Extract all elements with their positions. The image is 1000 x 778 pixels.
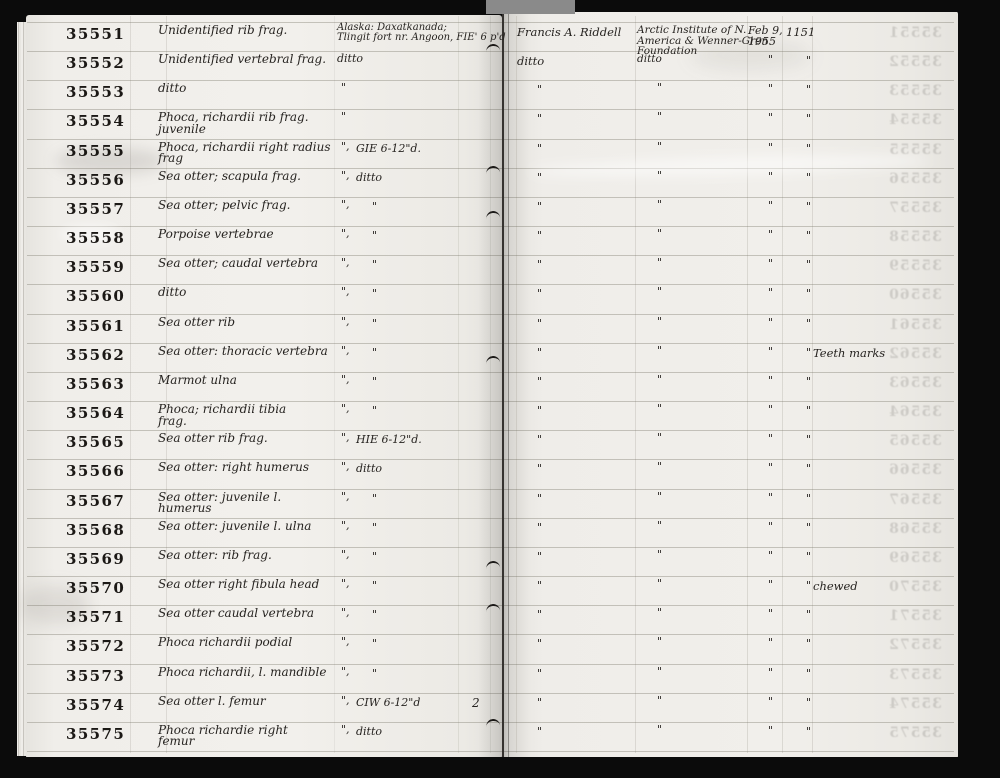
specimen-description: Sea otter caudal vertebra <box>158 608 314 620</box>
locality-detail: " <box>372 229 377 242</box>
catalog-number: 35566 <box>66 462 125 480</box>
bleed-through-number: 35559 <box>884 258 946 274</box>
ledger-row: 35555 Phoca, richardii right radius frag… <box>0 139 1000 169</box>
accession-number: " <box>806 258 811 271</box>
institution-name: " <box>657 142 662 153</box>
institution-name: " <box>657 200 662 211</box>
accession-number: " <box>806 579 811 592</box>
accession-number: " <box>806 375 811 388</box>
date-entry: " <box>768 229 773 240</box>
specimen-description: Phoca richardii podial <box>158 637 292 649</box>
date-entry: " <box>768 608 773 619</box>
specimen-description: Sea otter rib <box>158 317 235 329</box>
bleed-through-number: 35566 <box>884 462 946 478</box>
collector-name: " <box>537 462 542 475</box>
specimen-description: ditto <box>158 287 186 299</box>
locality-entry: ", <box>341 142 350 153</box>
date-entry: " <box>768 346 773 357</box>
bleed-through-number: 35569 <box>884 550 946 566</box>
bleed-through-number: 35562 <box>884 346 946 362</box>
bleed-through-number: 35568 <box>884 521 946 537</box>
locality-detail: GIE 6-12"d. <box>356 142 421 155</box>
date-entry: " <box>768 317 773 328</box>
catalog-number: 35552 <box>66 54 125 72</box>
collector-name: " <box>537 637 542 650</box>
catalog-number: 35565 <box>66 433 125 451</box>
catalog-number: 35561 <box>66 317 125 335</box>
institution-name: " <box>657 462 662 473</box>
catalog-number: 35554 <box>66 112 125 130</box>
collector-name: " <box>537 696 542 709</box>
locality-entry: ", <box>341 696 350 707</box>
specimen-description: Sea otter; scapula frag. <box>158 171 301 183</box>
collector-name: " <box>537 287 542 300</box>
ledger-row: 35564 Phoca; richardii tibia frag. ", " … <box>0 401 1000 431</box>
collector-name: ditto <box>517 54 544 68</box>
collector-name: " <box>537 346 542 359</box>
locality-entry: " <box>341 112 346 123</box>
date-entry: " <box>768 579 773 590</box>
catalog-number: 35564 <box>66 404 125 422</box>
accession-number: " <box>806 696 811 709</box>
catalog-number: 35567 <box>66 492 125 510</box>
specimen-description: Phoca; richardii tibia frag. <box>158 404 286 427</box>
accession-number: " <box>806 667 811 680</box>
locality-entry: ditto <box>337 54 363 65</box>
ledger-row: 35557 Sea otter; pelvic frag. ", " " " "… <box>0 197 1000 227</box>
accession-number: " <box>806 317 811 330</box>
specimen-description: Phoca richardie right femur <box>158 725 288 748</box>
collector-name: " <box>537 112 542 125</box>
bleed-through-number: 35554 <box>884 112 946 128</box>
locality-detail: " <box>372 608 377 621</box>
ledger-row: 35554 Phoca, richardii rib frag. juvenil… <box>0 109 1000 139</box>
locality-detail: ditto <box>356 462 382 475</box>
locality-entry: ", <box>341 287 350 298</box>
collector-name: " <box>537 258 542 271</box>
locality-detail: " <box>372 521 377 534</box>
institution-name: ditto <box>637 54 662 65</box>
ledger-row: 35570 Sea otter right fibula head ", " "… <box>0 576 1000 606</box>
locality-entry: ", <box>341 579 350 590</box>
bleed-through-number: 35551 <box>884 25 946 41</box>
accession-number: " <box>806 287 811 300</box>
bleed-through-number: 35564 <box>884 404 946 420</box>
catalog-number: 35557 <box>66 200 125 218</box>
locality-entry: ", <box>341 725 350 736</box>
ledger-row: 35574 Sea otter l. femur ", CIW 6-12"d 2… <box>0 693 1000 723</box>
institution-name: " <box>657 229 662 240</box>
institution-name: " <box>657 375 662 386</box>
accession-number: " <box>806 54 811 67</box>
catalog-number: 35568 <box>66 521 125 539</box>
date-entry: " <box>768 433 773 444</box>
institution-name: " <box>657 317 662 328</box>
specimen-description: Sea otter rib frag. <box>158 433 268 445</box>
accession-number: " <box>806 637 811 650</box>
institution-name: " <box>657 579 662 590</box>
specimen-description: Porpoise vertebrae <box>158 229 274 241</box>
institution-name: " <box>657 608 662 619</box>
ledger-row: 35560 ditto ", " " " " " 35560 <box>0 284 1000 314</box>
scanned-ledger-photo: 35551 Unidentified rib frag. Alaska: Dax… <box>0 0 1000 778</box>
accession-number: " <box>806 492 811 505</box>
date-entry: " <box>768 404 773 415</box>
specimen-description: Sea otter: juvenile l. humerus <box>158 492 281 515</box>
locality-entry: ", <box>341 433 350 444</box>
notes-entry: chewed <box>813 579 858 593</box>
locality-entry: ", <box>341 608 350 619</box>
catalog-number: 35574 <box>66 696 125 714</box>
date-entry: " <box>768 171 773 182</box>
locality-entry: ", <box>341 317 350 328</box>
institution-name: " <box>657 171 662 182</box>
date-entry: " <box>768 142 773 153</box>
specimen-description: Sea otter; pelvic frag. <box>158 200 290 212</box>
catalog-number: 35553 <box>66 83 125 101</box>
accession-number: " <box>806 142 811 155</box>
specimen-description: Unidentified rib frag. <box>158 25 287 37</box>
date-entry: " <box>768 83 773 94</box>
collector-name: " <box>537 317 542 330</box>
collector-name: " <box>537 433 542 446</box>
catalog-number: 35555 <box>66 142 125 160</box>
catalog-number: 35575 <box>66 725 125 743</box>
locality-detail: " <box>372 492 377 505</box>
collector-name: " <box>537 142 542 155</box>
specimen-description: Sea otter: thoracic vertebra <box>158 346 328 358</box>
locality-entry: ", <box>341 550 350 561</box>
date-entry: " <box>768 375 773 386</box>
institution-name: " <box>657 637 662 648</box>
locality-entry: ", <box>341 637 350 648</box>
bleed-through-number: 35575 <box>884 725 946 741</box>
specimen-description: Marmot ulna <box>158 375 237 387</box>
ledger-row: 35563 Marmot ulna ", " " " " " 35563 <box>0 372 1000 402</box>
locality-entry: " <box>341 83 346 94</box>
locality-detail: ditto <box>356 725 382 738</box>
notes-entry: Teeth marks <box>813 346 885 360</box>
date-entry: " <box>768 200 773 211</box>
date-entry: " <box>768 696 773 707</box>
specimen-description: Sea otter: rib frag. <box>158 550 272 562</box>
specimen-description: Phoca, richardii right radius frag <box>158 142 331 165</box>
accession-number: " <box>806 346 811 359</box>
catalog-number: 35558 <box>66 229 125 247</box>
specimen-description: Sea otter right fibula head <box>158 579 319 591</box>
collector-name: " <box>537 521 542 534</box>
institution-name: " <box>657 346 662 357</box>
institution-name: " <box>657 725 662 736</box>
locality-detail: " <box>372 317 377 330</box>
locality-detail: HIE 6-12"d. <box>356 433 422 446</box>
specimen-description: Sea otter: juvenile l. ulna <box>158 521 311 533</box>
photo-border-left <box>0 0 17 778</box>
locality-entry: ", <box>341 346 350 357</box>
catalog-number: 35563 <box>66 375 125 393</box>
ledger-row: 35566 Sea otter: right humerus ", ditto … <box>0 459 1000 489</box>
date-entry: " <box>768 492 773 503</box>
catalog-number: 35569 <box>66 550 125 568</box>
collector-name: " <box>537 725 542 738</box>
locality-detail: " <box>372 550 377 563</box>
accession-number: " <box>806 200 811 213</box>
locality-detail: " <box>372 667 377 680</box>
locality-detail: " <box>372 200 377 213</box>
catalog-number: 35551 <box>66 25 125 43</box>
bleed-through-number: 35567 <box>884 492 946 508</box>
bleed-through-number: 35558 <box>884 229 946 245</box>
institution-name: " <box>657 521 662 532</box>
locality-entry: ", <box>341 258 350 269</box>
locality-entry: ", <box>341 171 350 182</box>
ledger-row: 35567 Sea otter: juvenile l. humerus ", … <box>0 489 1000 519</box>
date-entry: " <box>768 550 773 561</box>
locality-detail: " <box>372 579 377 592</box>
bleed-through-number: 35556 <box>884 171 946 187</box>
locality-detail: " <box>372 404 377 417</box>
specimen-description: Phoca richardii, l. mandible <box>158 667 327 679</box>
locality-detail: " <box>372 346 377 359</box>
bleed-through-number: 35563 <box>884 375 946 391</box>
institution-name: " <box>657 667 662 678</box>
specimen-description: Sea otter: right humerus <box>158 462 309 474</box>
locality-detail: " <box>372 287 377 300</box>
catalog-number: 35573 <box>66 667 125 685</box>
bleed-through-number: 35570 <box>884 579 946 595</box>
catalog-number: 35560 <box>66 287 125 305</box>
ledger-row: 35572 Phoca richardii podial ", " " " " … <box>0 634 1000 664</box>
bleed-through-number: 35571 <box>884 608 946 624</box>
bleed-through-number: 35560 <box>884 287 946 303</box>
ledger-row: 35565 Sea otter rib frag. ", HIE 6-12"d.… <box>0 430 1000 460</box>
collector-name: " <box>537 550 542 563</box>
collector-name: " <box>537 171 542 184</box>
collector-name: " <box>537 229 542 242</box>
locality-detail: ditto <box>356 171 382 184</box>
institution-name: " <box>657 404 662 415</box>
accession-number: " <box>806 171 811 184</box>
date-entry: " <box>768 462 773 473</box>
ledger-row: 35562 Sea otter: thoracic vertebra ", " … <box>0 343 1000 373</box>
collector-name: Francis A. Riddell <box>517 25 621 39</box>
accession-number: " <box>806 112 811 125</box>
bleed-through-number: 35557 <box>884 200 946 216</box>
locality-detail: " <box>372 375 377 388</box>
collector-name: " <box>537 579 542 592</box>
accession-number: " <box>806 521 811 534</box>
ledger-row: 35561 Sea otter rib ", " " " " " 35561 <box>0 314 1000 344</box>
date-entry: " <box>768 287 773 298</box>
locality-detail: CIW 6-12"d <box>356 696 420 709</box>
accession-number: " <box>806 83 811 96</box>
ledger-row: 35558 Porpoise vertebrae ", " " " " " 35… <box>0 226 1000 256</box>
catalog-number: 35572 <box>66 637 125 655</box>
accession-number: " <box>806 404 811 417</box>
bleed-through-number: 35572 <box>884 637 946 653</box>
accession-number: " <box>806 433 811 446</box>
bleed-through-number: 35573 <box>884 667 946 683</box>
collector-name: " <box>537 83 542 96</box>
locality-entry: ", <box>341 667 350 678</box>
bleed-through-number: 35552 <box>884 54 946 70</box>
locality-entry: Alaska: Daxatkanada; Tlingit fort nr. An… <box>337 23 506 43</box>
date-entry: " <box>768 637 773 648</box>
ledger-row: 35573 Phoca richardii, l. mandible ", " … <box>0 664 1000 694</box>
institution-name: " <box>657 696 662 707</box>
collector-name: " <box>537 200 542 213</box>
collector-name: " <box>537 404 542 417</box>
institution-name: " <box>657 258 662 269</box>
institution-name: " <box>657 112 662 123</box>
catalog-number: 35562 <box>66 346 125 364</box>
collector-name: " <box>537 375 542 388</box>
locality-entry: ", <box>341 375 350 386</box>
bleed-through-number: 35565 <box>884 433 946 449</box>
locality-entry: ", <box>341 200 350 211</box>
date-entry: " <box>768 258 773 269</box>
specimen-description: Phoca, richardii rib frag. juvenile <box>158 112 309 135</box>
locality-entry: ", <box>341 404 350 415</box>
date-entry: " <box>768 112 773 123</box>
ledger-row: 35553 ditto " " " " " 35553 <box>0 80 1000 110</box>
bleed-through-number: 35555 <box>884 142 946 158</box>
photo-border-right <box>958 0 1000 778</box>
date-entry: " <box>768 725 773 736</box>
collector-name: " <box>537 492 542 505</box>
specimen-count: 2 <box>472 696 480 710</box>
institution-name: " <box>657 433 662 444</box>
specimen-description: Sea otter l. femur <box>158 696 266 708</box>
photo-border-bottom <box>0 757 1000 778</box>
catalog-number: 35570 <box>66 579 125 597</box>
locality-detail: " <box>372 637 377 650</box>
accession-number: " <box>806 229 811 242</box>
specimen-description: ditto <box>158 83 186 95</box>
institution-name: " <box>657 83 662 94</box>
ledger-row: 35559 Sea otter; caudal vertebra ", " " … <box>0 255 1000 285</box>
date-entry: Feb 9, 1955 <box>748 25 783 47</box>
institution-name: " <box>657 492 662 503</box>
locality-entry: ", <box>341 521 350 532</box>
accession-number: " <box>806 725 811 738</box>
catalog-number: 35559 <box>66 258 125 276</box>
date-entry: " <box>768 54 773 65</box>
catalog-number: 35556 <box>66 171 125 189</box>
locality-entry: ", <box>341 492 350 503</box>
ledger-row: 35568 Sea otter: juvenile l. ulna ", " "… <box>0 518 1000 548</box>
ledger-row: 35569 Sea otter: rib frag. ", " " " " " … <box>0 547 1000 577</box>
ledger-row: 35552 Unidentified vertebral frag. ditto… <box>0 51 1000 81</box>
specimen-description: Unidentified vertebral frag. <box>158 54 326 66</box>
bleed-through-number: 35553 <box>884 83 946 99</box>
date-entry: " <box>768 667 773 678</box>
collector-name: " <box>537 608 542 621</box>
bleed-through-number: 35561 <box>884 317 946 333</box>
accession-number: " <box>806 462 811 475</box>
date-entry: " <box>768 521 773 532</box>
specimen-description: Sea otter; caudal vertebra <box>158 258 318 270</box>
institution-name: " <box>657 287 662 298</box>
ledger-row: 35551 Unidentified rib frag. Alaska: Dax… <box>0 22 1000 52</box>
accession-number: 1151 <box>786 25 815 39</box>
locality-entry: ", <box>341 462 350 473</box>
institution-name: " <box>657 550 662 561</box>
accession-number: " <box>806 550 811 563</box>
catalog-number: 35571 <box>66 608 125 626</box>
gray-tab <box>486 0 575 14</box>
locality-entry: ", <box>341 229 350 240</box>
accession-number: " <box>806 608 811 621</box>
collector-name: " <box>537 667 542 680</box>
bleed-through-number: 35574 <box>884 696 946 712</box>
locality-detail: " <box>372 258 377 271</box>
